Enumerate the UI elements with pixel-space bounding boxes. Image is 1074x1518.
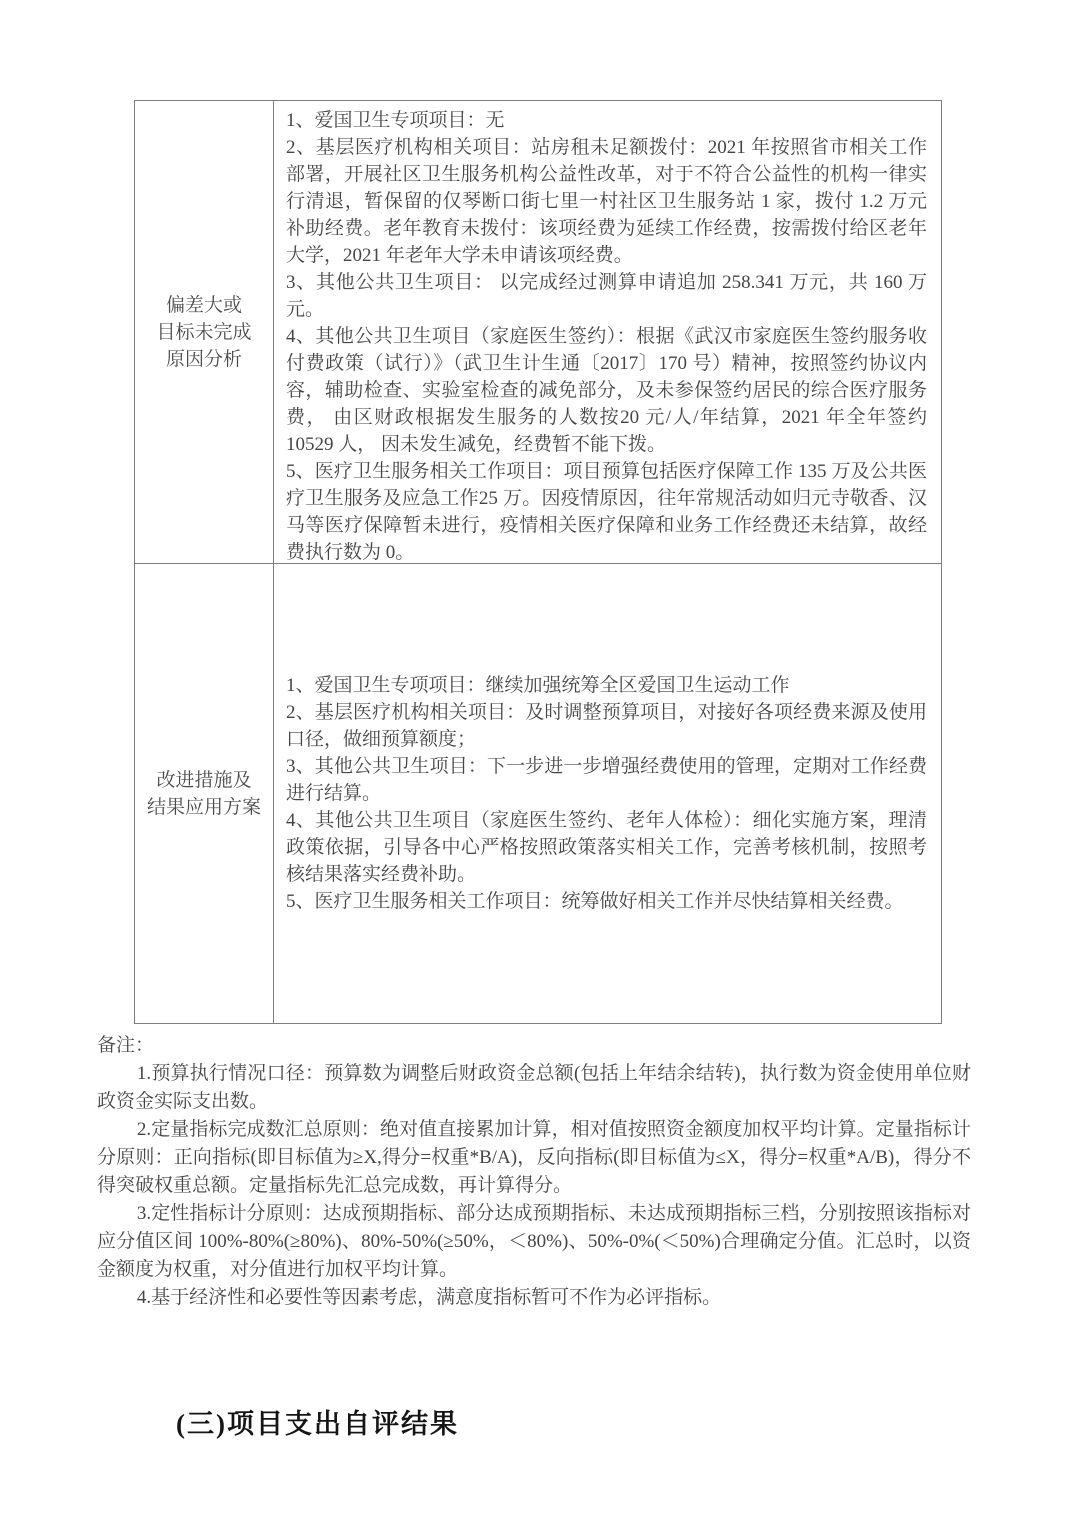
note-item: 1.预算执行情况口径：预算数为调整后财政资金总额(包括上年结余结转)，执行数为资… — [97, 1060, 971, 1116]
paragraph: 1、爱国卫生专项项目：无 — [286, 107, 927, 134]
paragraph: 4、其他公共卫生项目（家庭医生签约、老年人体检）：细化实施方案，理清政策依据，引… — [286, 807, 927, 888]
paragraph: 3、其他公共卫生项目：下一步进一步增强经费使用的管理，定期对工作经费进行结算。 — [286, 753, 927, 807]
row-content-deviation-analysis: 1、爱国卫生专项项目：无 2、基层医疗机构相关项目：站房租未足额拨付：2021 … — [274, 101, 941, 563]
note-item: 3.定性指标计分原则：达成预期指标、部分达成预期指标、未达成预期指标三档，分别按… — [97, 1200, 971, 1284]
paragraph: 5、医疗卫生服务相关工作项目：统筹做好相关工作并尽快结算相关经费。 — [286, 888, 927, 915]
paragraph: 2、基层医疗机构相关项目：及时调整预算项目，对接好各项经费来源及使用 口径，做细… — [286, 699, 927, 753]
note-item: 4.基于经济性和必要性等因素考虑，满意度指标暂可不作为必评指标。 — [97, 1284, 971, 1312]
note-item: 2.定量指标完成数汇总原则：绝对值直接累加计算，相对值按照资金额度加权平均计算。… — [97, 1116, 971, 1200]
evaluation-table: 偏差大或 目标未完成 原因分析 1、爱国卫生专项项目：无 2、基层医疗机构相关项… — [134, 100, 942, 1024]
row-content-improvement-measures: 1、爱国卫生专项项目：继续加强统筹全区爱国卫生运动工作 2、基层医疗机构相关项目… — [274, 564, 941, 1023]
table-row-improvement-measures: 改进措施及 结果应用方案 1、爱国卫生专项项目：继续加强统筹全区爱国卫生运动工作… — [135, 563, 941, 1023]
paragraph: 1、爱国卫生专项项目：继续加强统筹全区爱国卫生运动工作 — [286, 672, 927, 699]
notes-label: 备注： — [97, 1032, 971, 1060]
section-heading: (三)项目支出自评结果 — [176, 1402, 459, 1441]
paragraph: 2、基层医疗机构相关项目：站房租未足额拨付：2021 年按照省市相关工作部署，开… — [286, 134, 927, 269]
document-page: 偏差大或 目标未完成 原因分析 1、爱国卫生专项项目：无 2、基层医疗机构相关项… — [0, 0, 1074, 1518]
paragraph: 4、其他公共卫生项目（家庭医生签约）：根据《武汉市家庭医生签约服务收付费政策（试… — [286, 323, 927, 458]
row-label-deviation-analysis: 偏差大或 目标未完成 原因分析 — [135, 101, 274, 563]
notes-section: 备注： 1.预算执行情况口径：预算数为调整后财政资金总额(包括上年结余结转)，执… — [97, 1032, 971, 1312]
paragraph: 3、其他公共卫生项目： 以完成经过测算申请追加 258.341 万元，共 160… — [286, 269, 927, 323]
row-label-improvement-measures: 改进措施及 结果应用方案 — [135, 564, 274, 1023]
table-row-deviation-analysis: 偏差大或 目标未完成 原因分析 1、爱国卫生专项项目：无 2、基层医疗机构相关项… — [135, 101, 941, 563]
paragraph: 5、医疗卫生服务相关工作项目：项目预算包括医疗保障工作 135 万及公共医疗卫生… — [286, 458, 927, 563]
